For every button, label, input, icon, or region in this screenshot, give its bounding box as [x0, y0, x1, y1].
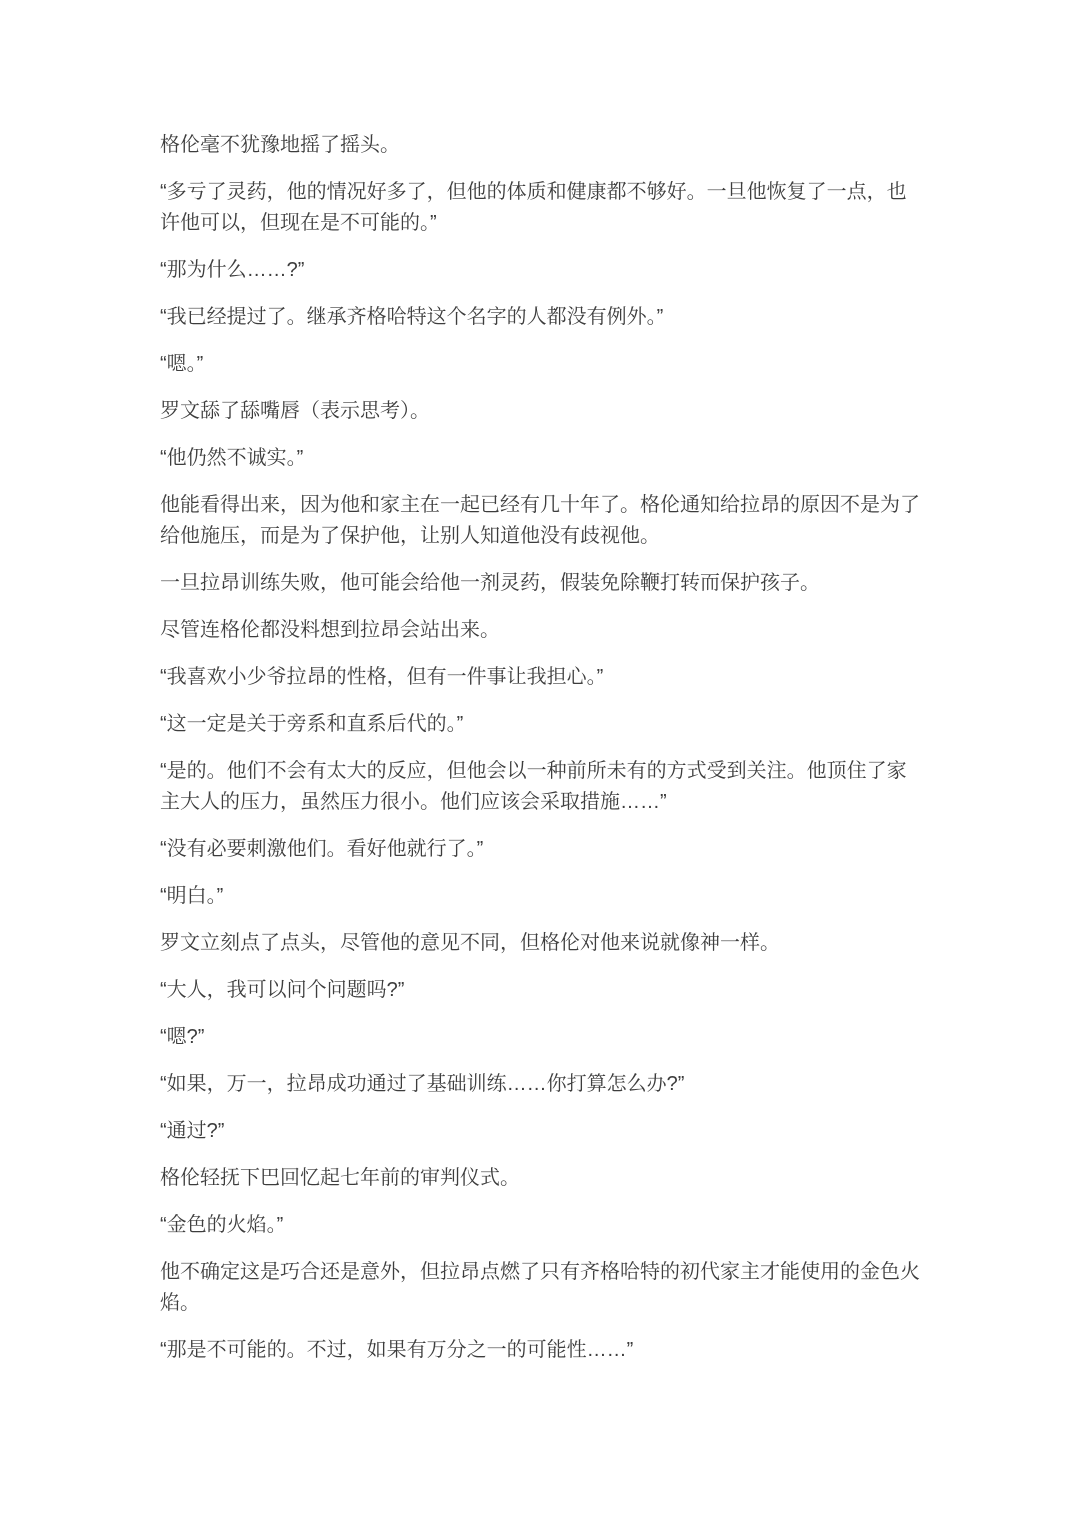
paragraph-dialogue-12: “嗯?” [160, 1022, 920, 1053]
paragraph-narration-2: 罗文舔了舔嘴唇（表示思考）。 [160, 396, 920, 427]
paragraph-dialogue-2: “那为什么……?” [160, 255, 920, 286]
paragraph-narration-3: 他能看得出来，因为他和家主在一起已经有几十年了。格伦通知给拉昂的原因不是为了给他… [160, 490, 920, 552]
text-content: 格伦毫不犹豫地摇了摇头。 “多亏了灵药，他的情况好多了，但他的体质和健康都不够好… [160, 130, 920, 1366]
paragraph-dialogue-16: “那是不可能的。不过，如果有万分之一的可能性……” [160, 1335, 920, 1366]
paragraph-narration-4: 一旦拉昂训练失败，他可能会给他一剂灵药，假装免除鞭打转而保护孩子。 [160, 568, 920, 599]
paragraph-narration-1: 格伦毫不犹豫地摇了摇头。 [160, 130, 920, 161]
paragraph-dialogue-11: “大人，我可以问个问题吗?” [160, 975, 920, 1006]
paragraph-narration-6: 罗文立刻点了点头，尽管他的意见不同，但格伦对他来说就像神一样。 [160, 928, 920, 959]
paragraph-narration-5: 尽管连格伦都没料想到拉昂会站出来。 [160, 615, 920, 646]
paragraph-dialogue-9: “没有必要刺激他们。看好他就行了。” [160, 834, 920, 865]
paragraph-dialogue-3: “我已经提过了。继承齐格哈特这个名字的人都没有例外。” [160, 302, 920, 333]
paragraph-dialogue-8: “是的。他们不会有太大的反应，但他会以一种前所未有的方式受到关注。他顶住了家主大… [160, 756, 920, 818]
document-page: 格伦毫不犹豫地摇了摇头。 “多亏了灵药，他的情况好多了，但他的体质和健康都不够好… [0, 0, 1074, 1519]
paragraph-dialogue-15: “金色的火焰。” [160, 1210, 920, 1241]
paragraph-dialogue-7: “这一定是关于旁系和直系后代的。” [160, 709, 920, 740]
paragraph-dialogue-5: “他仍然不诚实。” [160, 443, 920, 474]
paragraph-narration-7: 格伦轻抚下巴回忆起七年前的审判仪式。 [160, 1163, 920, 1194]
paragraph-narration-8: 他不确定这是巧合还是意外，但拉昂点燃了只有齐格哈特的初代家主才能使用的金色火焰。 [160, 1257, 920, 1319]
paragraph-dialogue-4: “嗯。” [160, 349, 920, 380]
paragraph-dialogue-6: “我喜欢小少爷拉昂的性格，但有一件事让我担心。” [160, 662, 920, 693]
paragraph-dialogue-13: “如果，万一，拉昂成功通过了基础训练……你打算怎么办?” [160, 1069, 920, 1100]
paragraph-dialogue-1: “多亏了灵药，他的情况好多了，但他的体质和健康都不够好。一旦他恢复了一点，也许他… [160, 177, 920, 239]
paragraph-dialogue-10: “明白。” [160, 881, 920, 912]
paragraph-dialogue-14: “通过?” [160, 1116, 920, 1147]
